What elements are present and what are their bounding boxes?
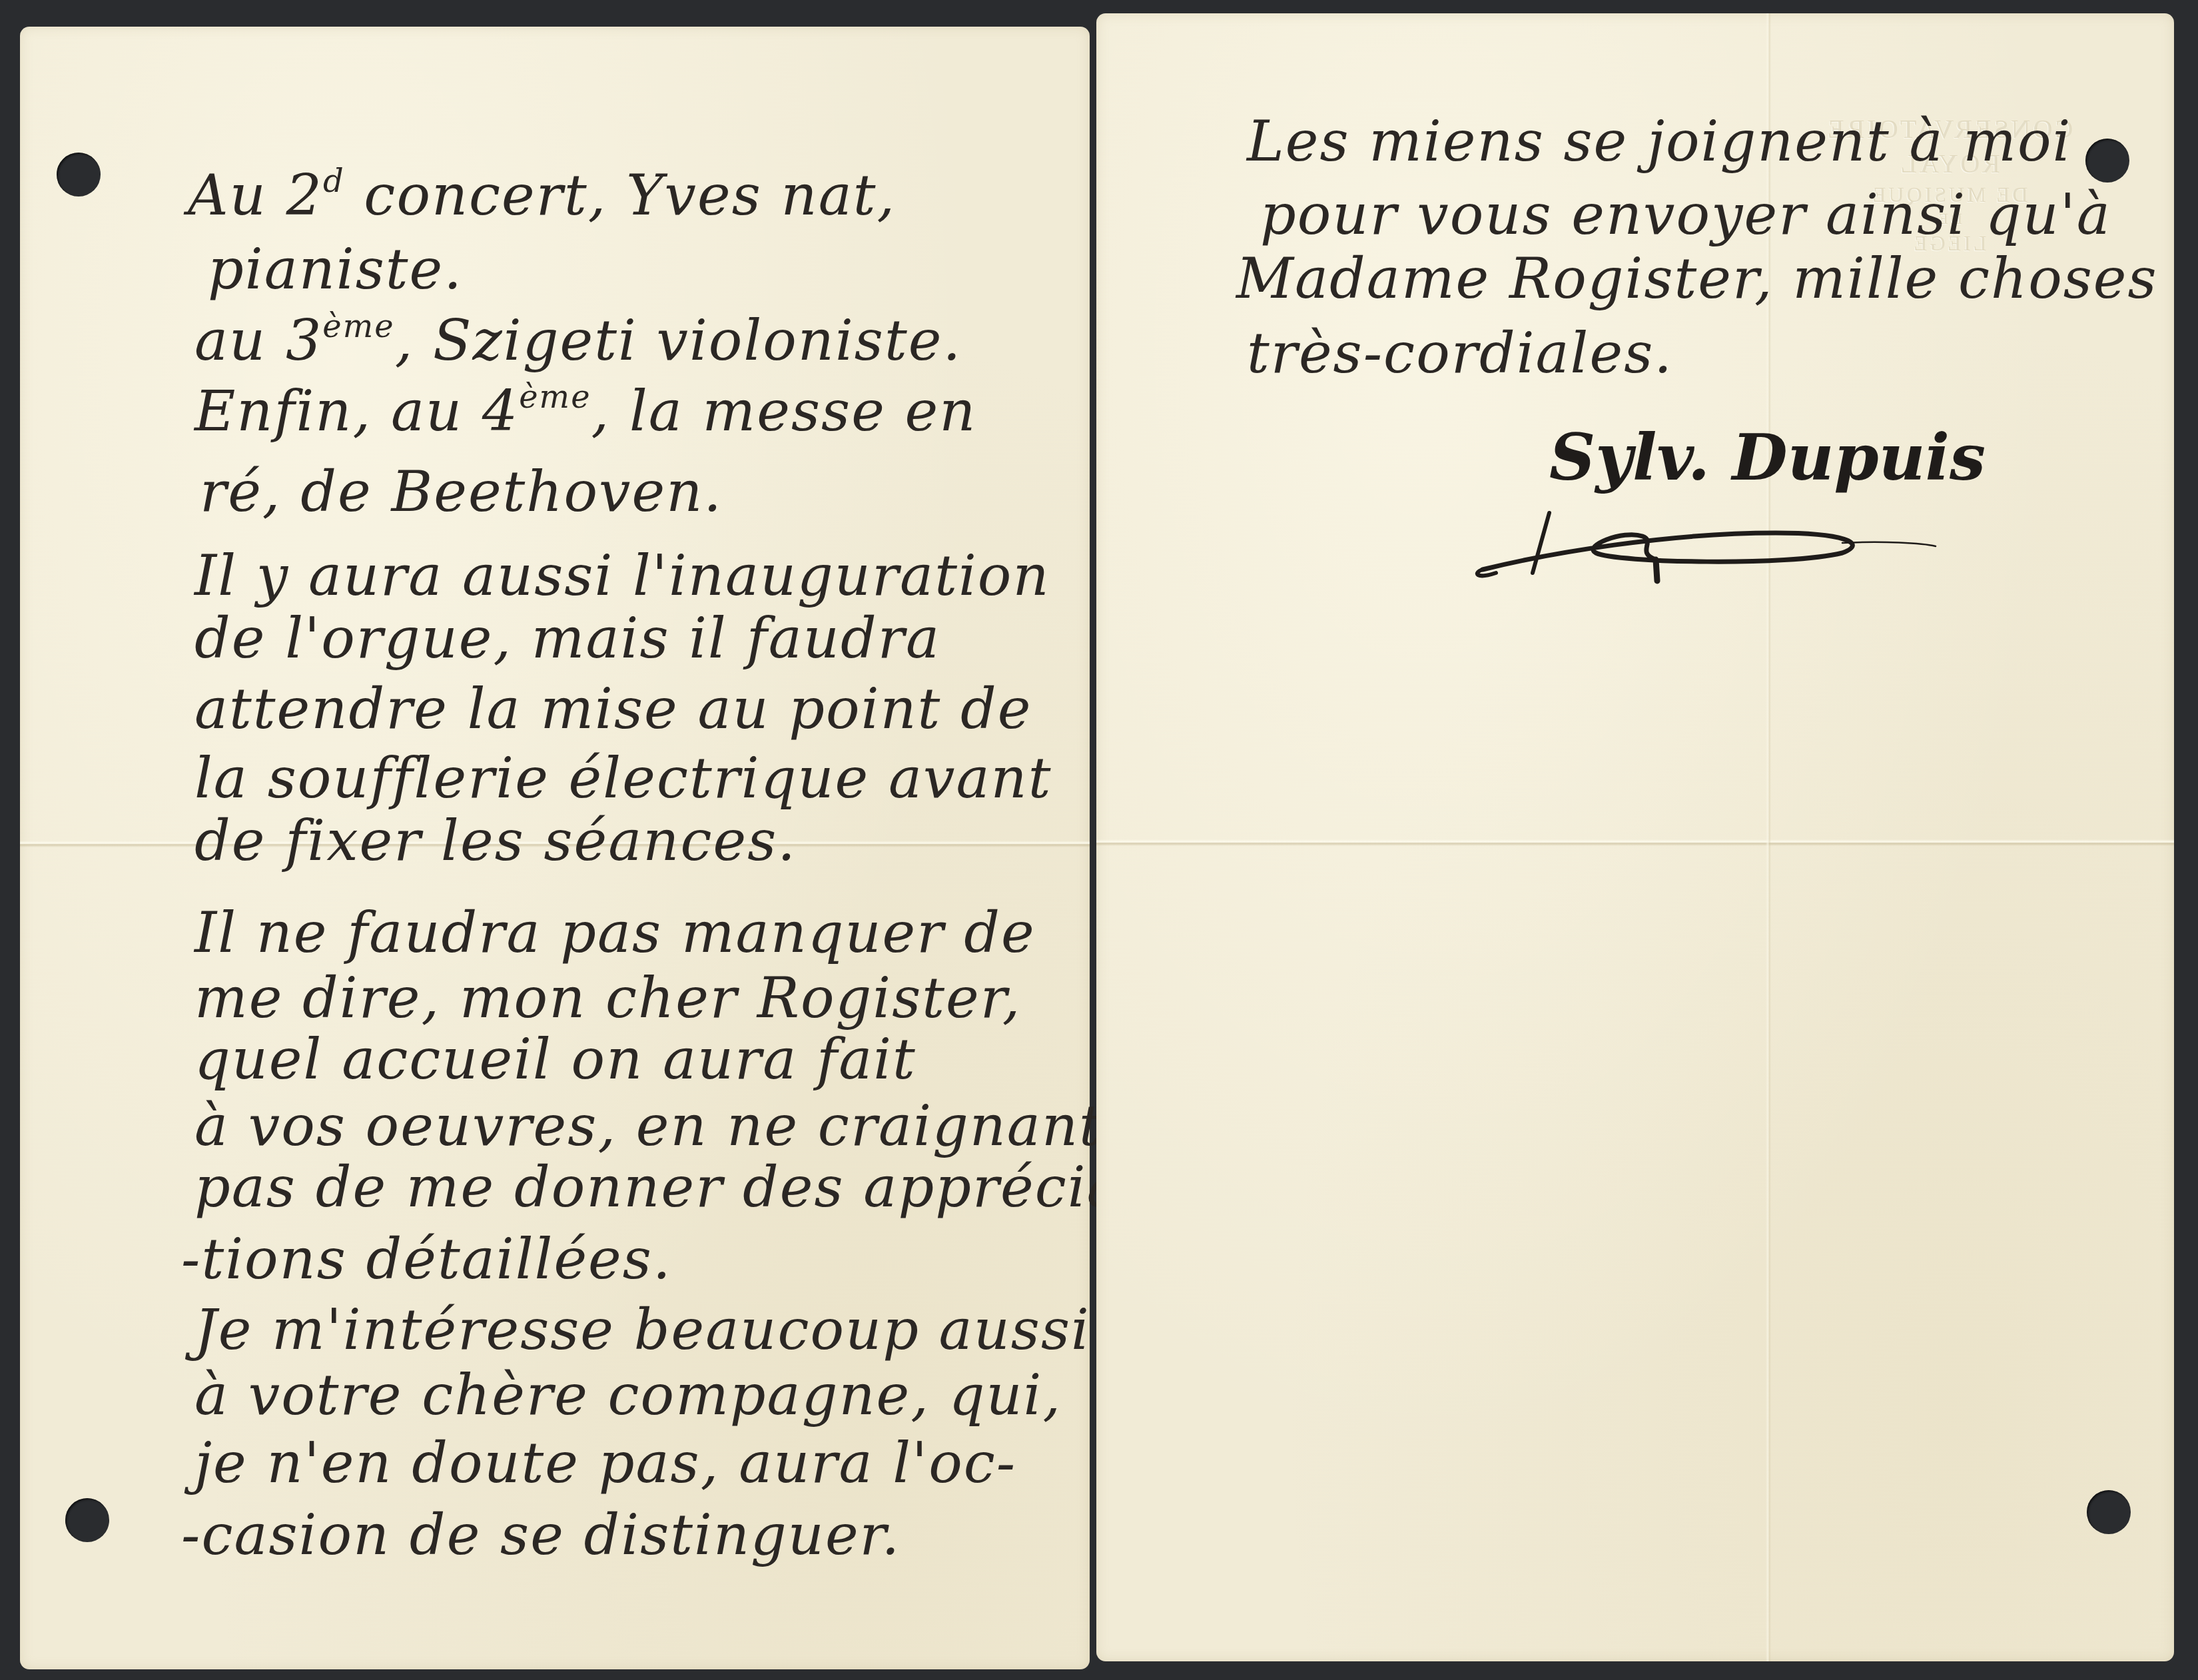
letter-line: Je m'intéresse beaucoup aussi <box>194 1302 1090 1358</box>
horizontal-fold-crease <box>1096 839 2174 846</box>
letter-line: attendre la mise au point de <box>194 681 1032 737</box>
letter-line: quel accueil on aura fait <box>194 1031 916 1087</box>
letter-page-right: CONSERVATOIRE ROYAL DE MUSIQUE DE LIÈGE … <box>1096 13 2174 1661</box>
letter-line: au 3ème, Szigeti violoniste. <box>194 310 962 368</box>
letter-line: de fixer les séances. <box>194 813 797 869</box>
signature-flourish-icon <box>1469 506 1949 586</box>
letter-line: Il y aura aussi l'inauguration <box>194 548 1050 604</box>
letter-line: me dire, mon cher Rogister, <box>194 970 1021 1026</box>
letter-line: la soufflerie électrique avant <box>194 750 1052 806</box>
letter-line: Au 2d concert, Yves nat, <box>188 165 896 223</box>
letter-line: très-cordiales. <box>1247 325 1673 381</box>
letter-line: pour vous envoyer ainsi qu'à <box>1260 187 2111 242</box>
letter-line: ré, de Beethoven. <box>200 464 723 520</box>
letter-line: à votre chère compagne, qui, <box>194 1367 1062 1423</box>
letter-line: Les miens se joignent à moi <box>1247 113 2071 169</box>
letter-line: Il ne faudra pas manquer de <box>194 905 1036 961</box>
letter-line: Enfin, au 4ème, la messe en <box>194 381 976 439</box>
letter-line: pianiste. <box>208 241 463 297</box>
letter-line: de l'orgue, mais il faudra <box>194 610 940 666</box>
letter-line: pas de me donner des apprécia- <box>194 1159 1142 1215</box>
letter-page-left: Au 2d concert, Yves nat, pianiste. au 3è… <box>20 27 1090 1669</box>
letter-line: -tions détaillées. <box>181 1231 672 1287</box>
punch-hole-icon <box>65 1498 109 1542</box>
letter-line: à vos oeuvres, en ne craignant <box>194 1098 1103 1154</box>
punch-hole-icon <box>2087 1490 2131 1534</box>
punch-hole-icon <box>57 153 101 197</box>
signature: Sylv. Dupuis <box>1549 420 1986 495</box>
letter-line: je n'en doute pas, aura l'oc- <box>194 1435 1016 1491</box>
letter-line: -casion de se distinguer. <box>181 1507 901 1563</box>
letter-line: Madame Rogister, mille choses <box>1236 250 2158 306</box>
